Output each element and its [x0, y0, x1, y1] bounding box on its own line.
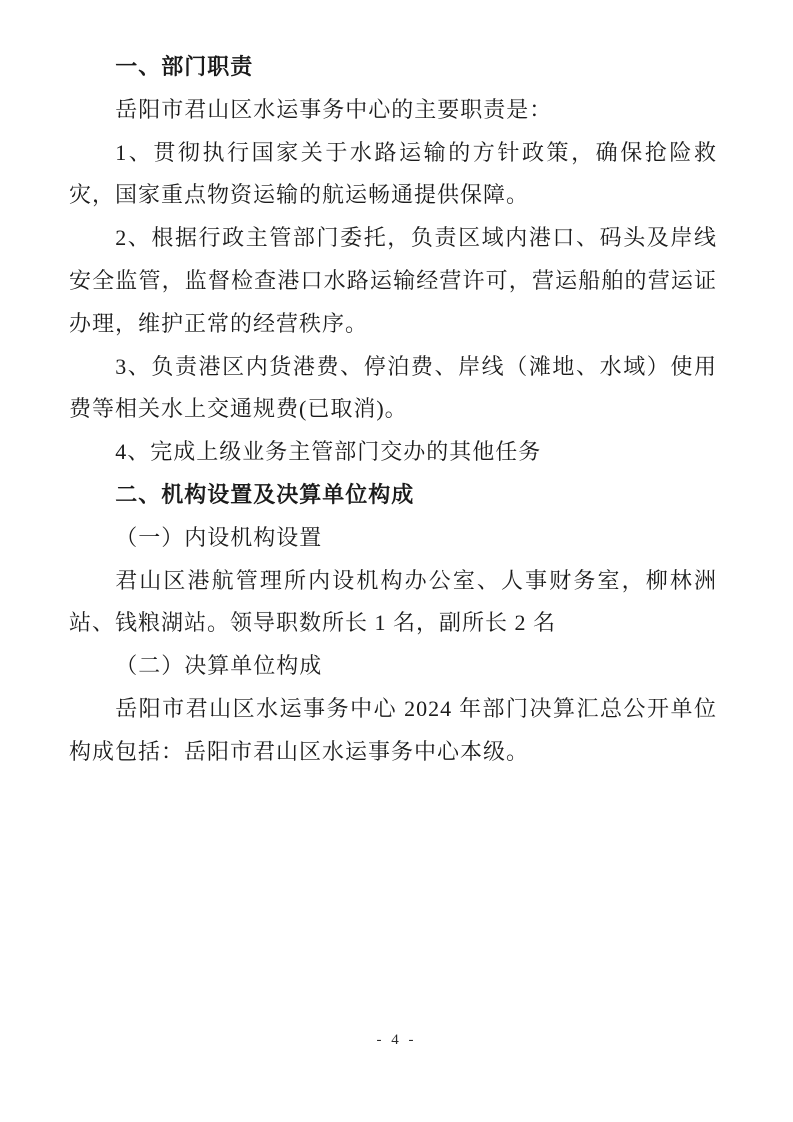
document-page: 一、部门职责 岳阳市君山区水运事务中心的主要职责是： 1、贯彻执行国家关于水路运… [0, 0, 793, 1122]
document-body: 一、部门职责 岳阳市君山区水运事务中心的主要职责是： 1、贯彻执行国家关于水路运… [69, 46, 717, 774]
paragraph-duty-1: 1、贯彻执行国家关于水路运输的方针政策，确保抢险救灾，国家重点物资运输的航运畅通… [69, 132, 717, 218]
paragraph-duty-3: 3、负责港区内货港费、停泊费、岸线（滩地、水域）使用费等相关水上交通规费(已取消… [69, 346, 717, 432]
paragraph-duties-intro: 岳阳市君山区水运事务中心的主要职责是： [69, 89, 717, 132]
paragraph-internal-structure: 君山区港航管理所内设机构办公室、人事财务室，柳林洲站、钱粮湖站。领导职数所长 1… [69, 560, 717, 646]
subheading-internal-structure: （一）内设机构设置 [69, 517, 717, 560]
section-heading-duties: 一、部门职责 [69, 46, 717, 89]
paragraph-duty-4: 4、完成上级业务主管部门交办的其他任务 [69, 431, 717, 474]
paragraph-duty-2: 2、根据行政主管部门委托，负责区域内港口、码头及岸线安全监管，监督检查港口水路运… [69, 217, 717, 345]
page-footer: - 4 - [0, 1031, 793, 1049]
page-number: - 4 - [377, 1032, 417, 1048]
paragraph-unit-composition: 岳阳市君山区水运事务中心 2024 年部门决算汇总公开单位构成包括：岳阳市君山区… [69, 688, 717, 774]
subheading-unit-composition: （二）决算单位构成 [69, 645, 717, 688]
section-heading-organization: 二、机构设置及决算单位构成 [69, 474, 717, 517]
